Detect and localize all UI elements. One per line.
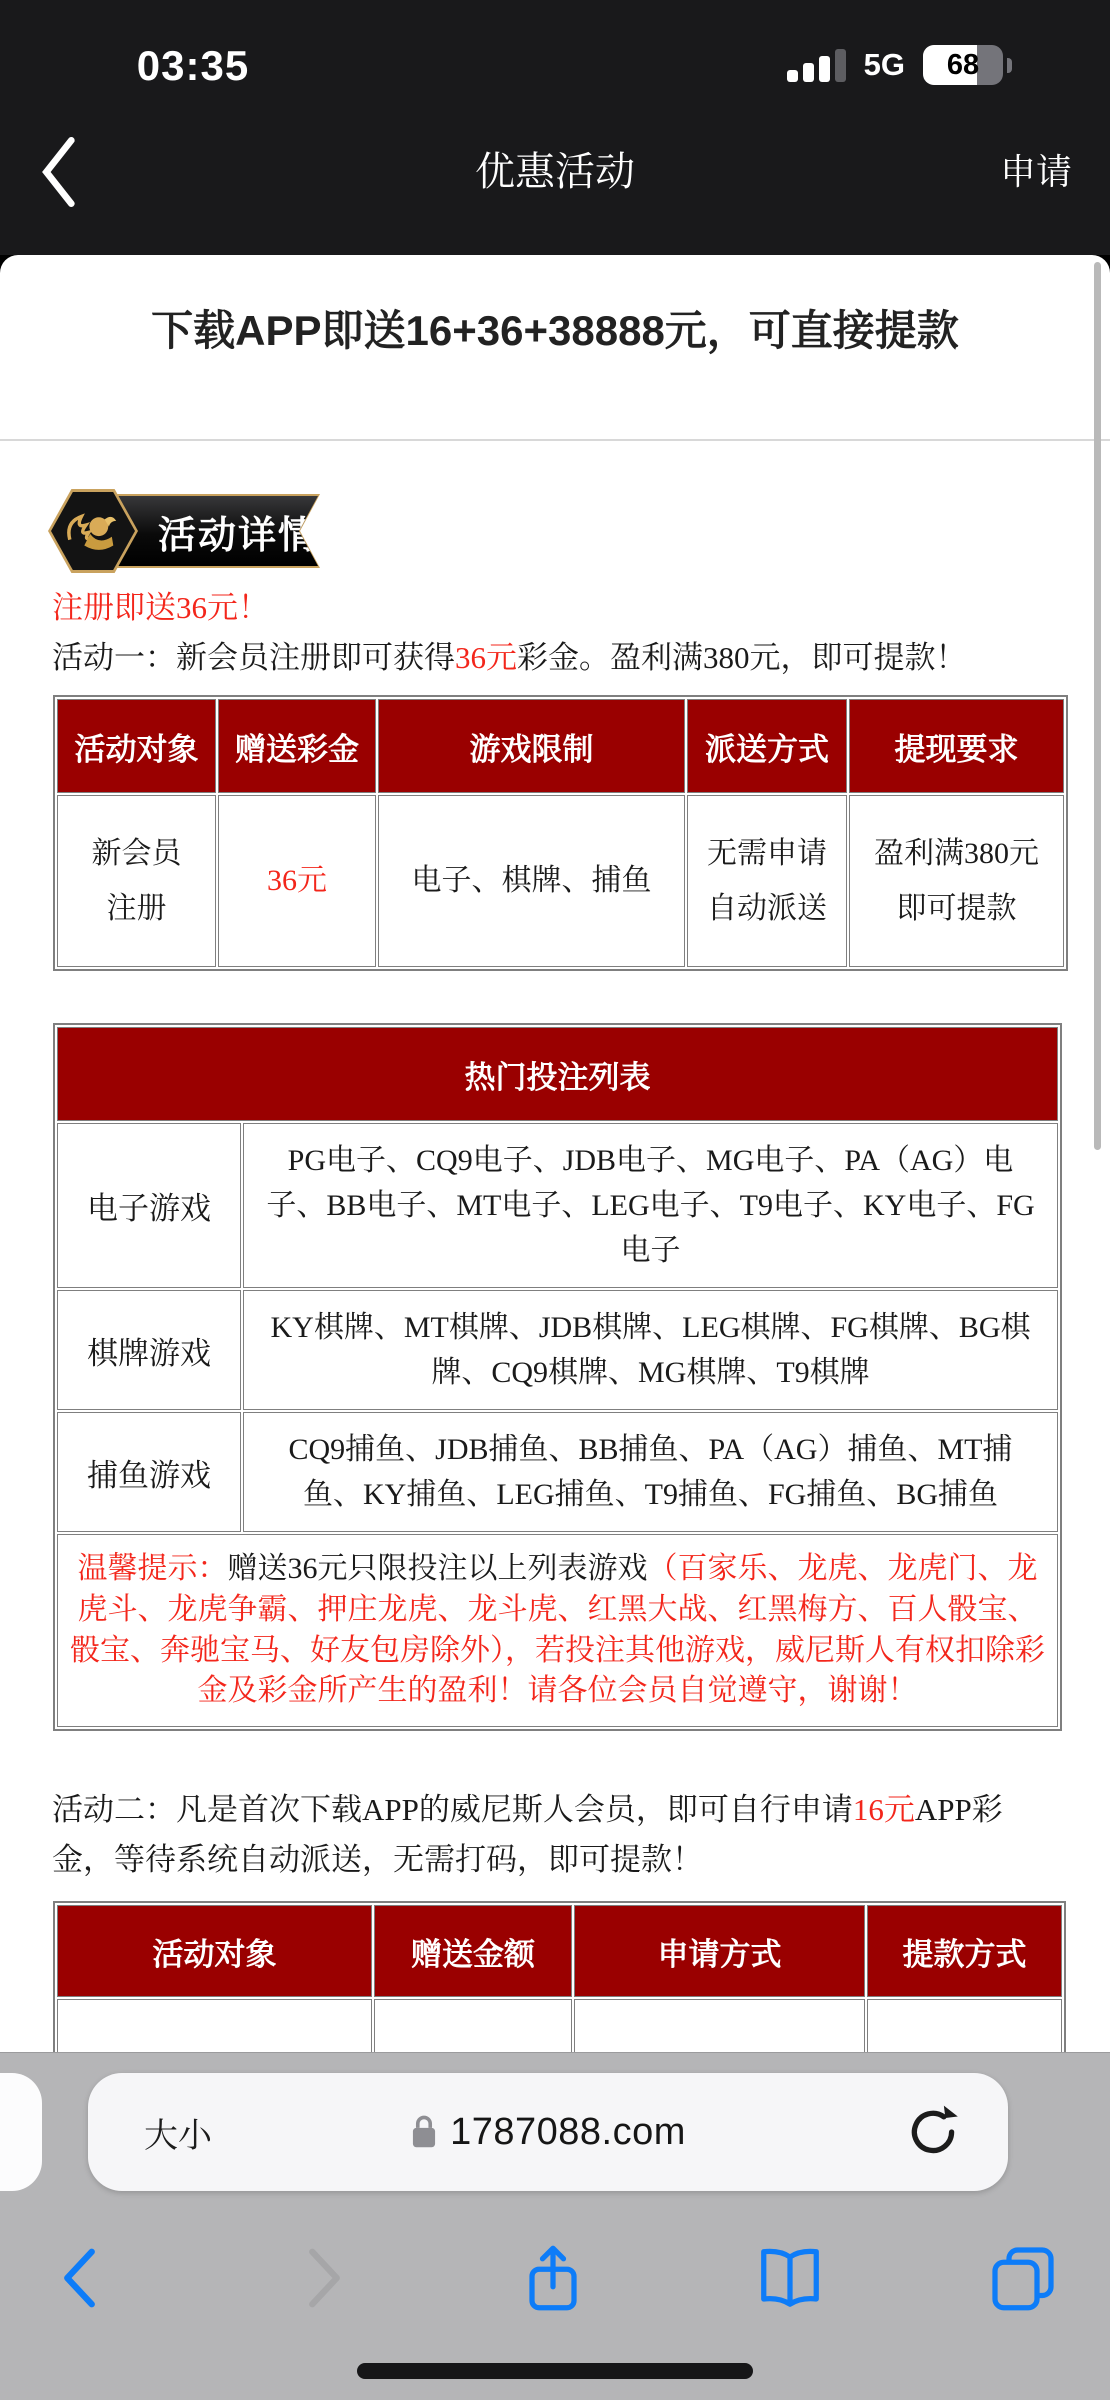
table-header-row: 热门投注列表 [57, 1027, 1058, 1121]
cell-category: 棋牌游戏 [57, 1290, 241, 1410]
warm-tip-text: 温馨提示：赠送36元只限投注以上列表游戏（百家乐、龙虎、龙虎门、龙虎斗、龙虎争霸… [57, 1534, 1058, 1727]
apply-button[interactable]: 申请 [1000, 144, 1072, 195]
url-text: 1787088.com [450, 2111, 686, 2154]
ios-chrome: 03:35 5G 68 优惠活动 申请 [0, 0, 1110, 255]
hot-bets-table: 热门投注列表 电子游戏 PG电子、CQ9电子、JDB电子、MG电子、PA（AG）… [53, 1023, 1062, 1731]
status-bar: 03:35 5G 68 [0, 30, 1110, 100]
adjacent-tab-peek[interactable] [0, 2073, 42, 2191]
register-bonus-line: 注册即送36元！ [52, 587, 1110, 629]
reload-icon[interactable] [902, 2101, 964, 2163]
col-header: 活动对象 [57, 699, 216, 793]
cell-withdraw: 盈利满380元 即可提款 [849, 795, 1064, 967]
col-header: 申请方式 [574, 1905, 865, 1997]
cell-games: 电子、棋牌、捕鱼 [378, 795, 685, 967]
col-header: 提款方式 [867, 1905, 1062, 1997]
battery-icon: 68 [923, 45, 1003, 85]
share-icon[interactable] [518, 2243, 588, 2313]
col-header: 活动对象 [57, 1905, 372, 1997]
cell-game-list: CQ9捕鱼、JDB捕鱼、BB捕鱼、PA（AG）捕鱼、MT捕鱼、KY捕鱼、LEG捕… [243, 1412, 1058, 1532]
tabs-icon[interactable] [988, 2243, 1058, 2313]
col-header: 赠送金额 [374, 1905, 572, 1997]
table-row: 捕鱼游戏 CQ9捕鱼、JDB捕鱼、BB捕鱼、PA（AG）捕鱼、MT捕鱼、KY捕鱼… [57, 1412, 1058, 1532]
cell-bonus: 36元 [218, 795, 376, 967]
promo-headline: 下载APP即送16+36+38888元，可直接提款 [85, 293, 1025, 369]
cell-game-list: PG电子、CQ9电子、JDB电子、MG电子、PA（AG）电子、BB电子、MT电子… [243, 1123, 1058, 1288]
clock: 03:35 [118, 42, 268, 90]
page-title: 优惠活动 [0, 140, 1110, 197]
divider [0, 439, 1110, 441]
cell-game-list: KY棋牌、MT棋牌、JDB棋牌、LEG棋牌、FG棋牌、BG棋牌、CQ9棋牌、MG… [243, 1290, 1058, 1410]
col-header: 赠送彩金 [218, 699, 376, 793]
bookmarks-icon[interactable] [755, 2243, 825, 2313]
network-type-label: 5G [864, 47, 905, 83]
nav-bar: 优惠活动 申请 [0, 100, 1110, 255]
table-row: 棋牌游戏 KY棋牌、MT棋牌、JDB棋牌、LEG棋牌、FG棋牌、BG棋牌、CQ9… [57, 1290, 1058, 1410]
activity-detail-badge: 活动详情 [48, 489, 358, 573]
cell-category: 捕鱼游戏 [57, 1412, 241, 1532]
activity2-text: 活动二：凡是首次下载APP的威尼斯人会员，即可自行申请16元APP彩金，等待系统… [52, 1785, 1058, 1885]
activity1-table: 活动对象 赠送彩金 游戏限制 派送方式 提现要求 新会员 注册 36元 电子、棋… [53, 695, 1068, 971]
lock-icon [410, 2114, 438, 2150]
col-header: 派送方式 [687, 699, 847, 793]
col-header: 提现要求 [849, 699, 1064, 793]
cell-delivery: 无需申请 自动派送 [687, 795, 847, 967]
back-icon[interactable] [48, 2243, 118, 2313]
table-row: 新会员 注册 36元 电子、棋牌、捕鱼 无需申请 自动派送 盈利满380元 即可… [57, 795, 1064, 967]
cell-target: 新会员 注册 [57, 795, 216, 967]
table-row: 电子游戏 PG电子、CQ9电子、JDB电子、MG电子、PA（AG）电子、BB电子… [57, 1123, 1058, 1288]
col-header: 游戏限制 [378, 699, 685, 793]
signal-strength-icon [787, 48, 846, 82]
address-bar[interactable]: 大小 1787088.com [88, 2073, 1008, 2191]
table-title: 热门投注列表 [57, 1027, 1058, 1121]
activity1-text: 活动一：新会员注册即可获得36元彩金。盈利满380元，即可提款！ [52, 635, 1058, 681]
table-header-row: 活动对象 赠送彩金 游戏限制 派送方式 提现要求 [57, 699, 1064, 793]
text-size-button[interactable]: 大小 [144, 2108, 212, 2157]
forward-icon[interactable] [286, 2243, 356, 2313]
home-indicator[interactable] [357, 2363, 753, 2379]
table-header-row: 活动对象 赠送金额 申请方式 提款方式 [57, 1905, 1062, 1997]
table-row-tip: 温馨提示：赠送36元只限投注以上列表游戏（百家乐、龙虎、龙虎门、龙虎斗、龙虎争霸… [57, 1534, 1058, 1727]
safari-bottom-bar: 大小 1787088.com [0, 2052, 1110, 2400]
battery-percent: 68 [923, 45, 1003, 85]
cell-category: 电子游戏 [57, 1123, 241, 1288]
page-scrollbar[interactable] [1094, 262, 1101, 1150]
battery-nub [1007, 58, 1012, 73]
